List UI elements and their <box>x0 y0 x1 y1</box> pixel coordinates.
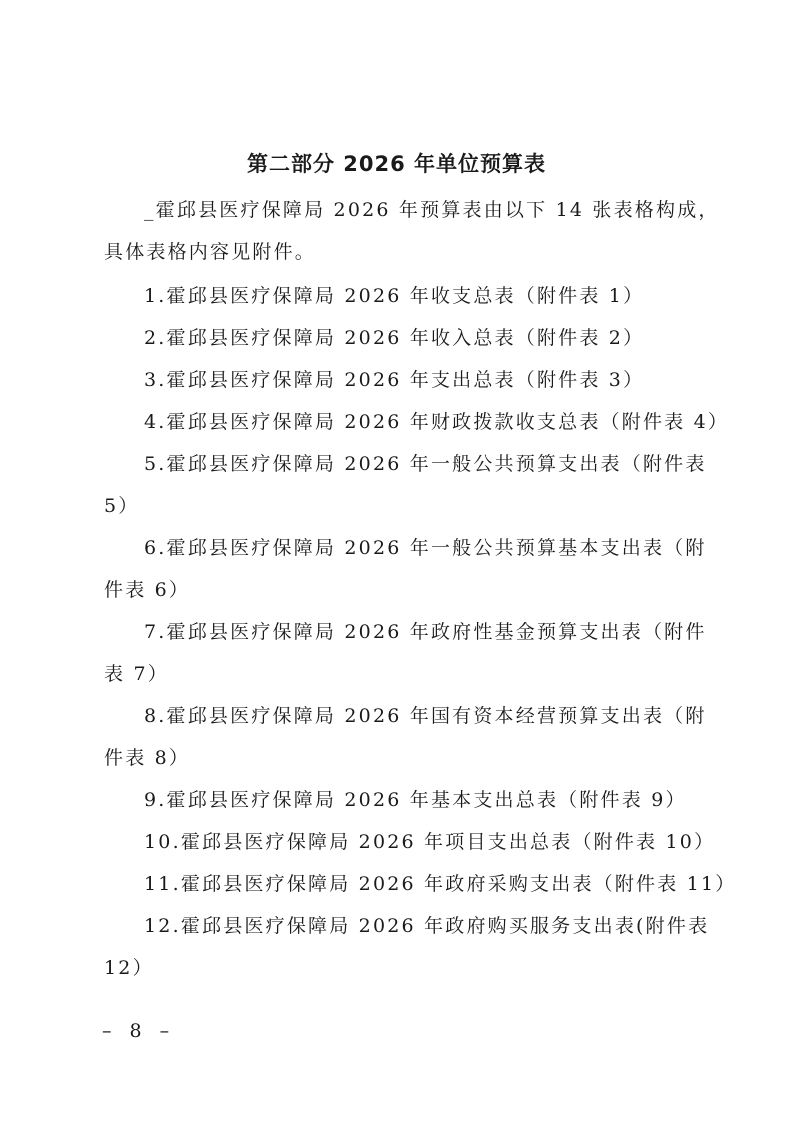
list-item-11: 11.霍邱县医疗保障局 2026 年政府采购支出表（附件表 11） <box>144 872 736 896</box>
list-item-6: 6.霍邱县医疗保障局 2026 年一般公共预算基本支出表（附 <box>144 536 707 560</box>
list-item-3: 3.霍邱县医疗保障局 2026 年支出总表（附件表 3） <box>144 368 644 392</box>
page-title: 第二部分 2026 年单位预算表 <box>0 148 793 178</box>
list-item-2: 2.霍邱县医疗保障局 2026 年收入总表（附件表 2） <box>144 326 644 350</box>
intro-line-1: _霍邱县医疗保障局 2026 年预算表由以下 14 张表格构成， <box>144 198 720 222</box>
list-item-7-cont: 表 7） <box>104 662 169 686</box>
list-item-9: 9.霍邱县医疗保障局 2026 年基本支出总表（附件表 9） <box>144 788 687 812</box>
list-item-10: 10.霍邱县医疗保障局 2026 年项目支出总表（附件表 10） <box>144 830 715 854</box>
page-number: – 8 – <box>102 1020 175 1042</box>
list-item-12: 12.霍邱县医疗保障局 2026 年政府购买服务支出表(附件表 <box>144 914 709 938</box>
list-item-8-cont: 件表 8） <box>104 746 190 770</box>
list-item-12-cont: 12） <box>104 956 154 980</box>
intro-line-2: 具体表格内容见附件。 <box>104 240 316 264</box>
list-item-5-cont: 5） <box>104 494 140 518</box>
list-item-8: 8.霍邱县医疗保障局 2026 年国有资本经营预算支出表（附 <box>144 704 707 728</box>
list-item-7: 7.霍邱县医疗保障局 2026 年政府性基金预算支出表（附件 <box>144 620 707 644</box>
list-item-6-cont: 件表 6） <box>104 578 190 602</box>
list-item-5: 5.霍邱县医疗保障局 2026 年一般公共预算支出表（附件表 <box>144 452 707 476</box>
list-item-1: 1.霍邱县医疗保障局 2026 年收支总表（附件表 1） <box>144 284 644 308</box>
list-item-4: 4.霍邱县医疗保障局 2026 年财政拨款收支总表（附件表 4） <box>144 410 729 434</box>
